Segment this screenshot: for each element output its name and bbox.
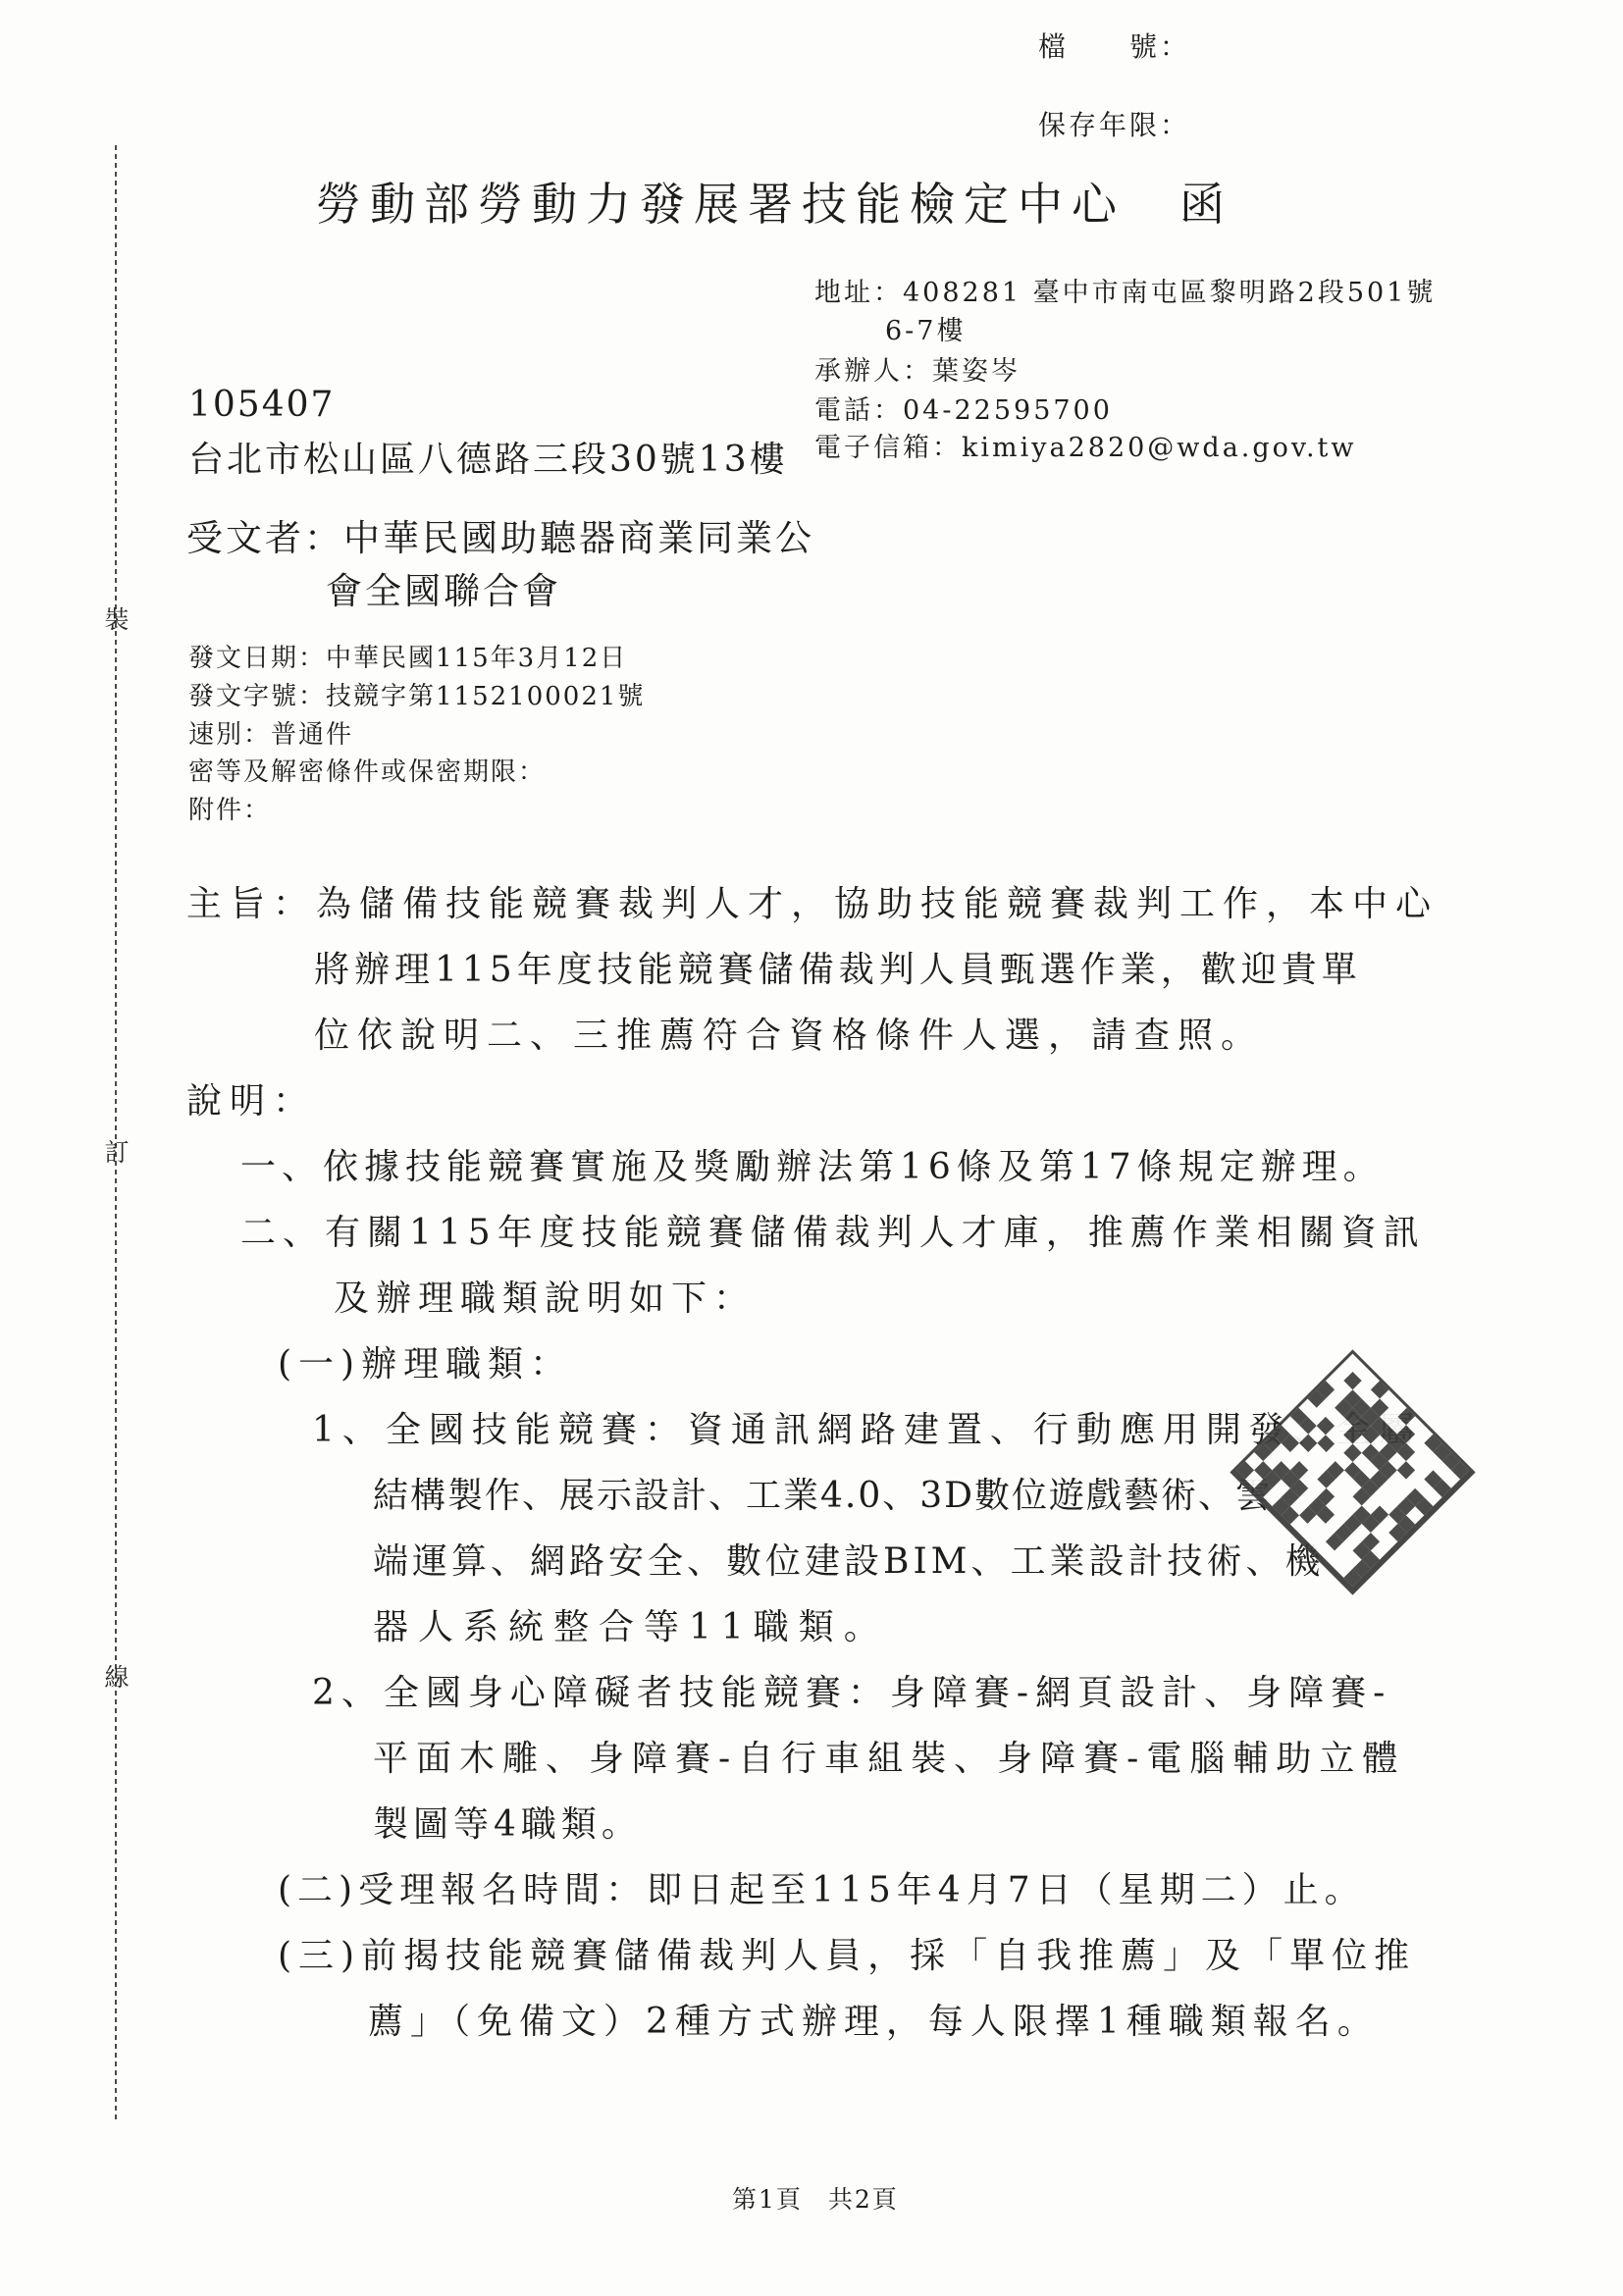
sender-contact-person: 承辦人：葉姿岑: [814, 349, 1021, 388]
binding-mark-ding: 訂: [101, 1133, 132, 1169]
issue-date: 發文日期：中華民國115年3月12日: [188, 638, 627, 674]
binding-mark-xian: 線: [101, 1658, 132, 1694]
security-class: 密等及解密條件或保密期限：: [188, 752, 546, 788]
body-line: 說明：: [186, 1073, 316, 1123]
document-page: 裝 訂 線 檔 號： 保存年限： 勞動部勞動力發展署技能檢定中心 函 地址：40…: [0, 0, 1623, 2296]
sender-address-line2: 6-7樓: [885, 309, 966, 347]
body-line: 端運算、網路安全、數位建設BIM、工業設計技術、機: [373, 1534, 1325, 1584]
body-line: 位依說明二、三推薦符合資格條件人選，請查照。: [314, 1008, 1264, 1058]
body-line: 將辦理115年度技能競賽儲備裁判人員甄選作業，歡迎貴單: [314, 942, 1362, 992]
sender-phone: 電話：04-22595700: [814, 389, 1113, 427]
body-line: 一、依據技能競賽實施及獎勵辦法第16條及第17條規定辦理。: [240, 1139, 1385, 1189]
document-number: 發文字號：技競字第1152100021號: [188, 676, 645, 712]
document-title: 勞動部勞動力發展署技能檢定中心 函: [316, 169, 1233, 234]
binding-mark-zhuang: 裝: [101, 600, 132, 636]
body-line: (一)辦理職類：: [278, 1336, 572, 1386]
retention-period-label: 保存年限：: [1038, 104, 1190, 143]
body-line: 2、全國身心障礙者技能競賽：身障賽-網頁設計、身障賽-: [312, 1665, 1391, 1715]
file-number-label: 檔 號：: [1038, 26, 1190, 65]
sender-email: 電子信箱：kimiya2820@wda.gov.tw: [814, 426, 1357, 464]
speed-class: 速別：普通件: [188, 714, 353, 751]
attachment-label: 附件：: [188, 790, 271, 826]
page-current: 第1頁: [732, 2185, 803, 2214]
body-line: 二、有關115年度技能競賽儲備裁判人才庫，推薦作業相關資訊: [240, 1205, 1426, 1255]
page-total: 共2頁: [828, 2185, 899, 2214]
body-line: 及辦理職類說明如下：: [334, 1271, 756, 1321]
body-line: (三)前揭技能競賽儲備裁判人員，採「自我推薦」及「單位推: [278, 1928, 1416, 1978]
page-footer: 第1頁共2頁: [732, 2180, 899, 2216]
body-line: 器人系統整合等11職類。: [373, 1599, 889, 1649]
body-line: 主旨：為儲備技能競賽裁判人才，協助技能競賽裁判工作，本中心: [186, 876, 1439, 926]
body-line: 平面木雕、身障賽-自行車組裝、身障賽-電腦輔助立體: [373, 1731, 1405, 1781]
body-line: (二)受理報名時間：即日起至115年4月7日（星期二）止。: [278, 1862, 1366, 1912]
sender-address-line1: 地址：408281 臺中市南屯區黎明路2段501號: [814, 271, 1436, 309]
recipient-name-line2: 會全國聯合會: [326, 561, 561, 614]
recipient-name-line1: 受文者：中華民國助聽器商業同業公: [186, 508, 814, 561]
body-line: 薦」（免備文）2種方式辦理，每人限擇1種職類報名。: [368, 1994, 1380, 2044]
body-line: 製圖等4職類。: [373, 1797, 642, 1847]
digital-seal-stamp-grid: [1230, 1349, 1475, 1594]
recipient-street-address: 台北市松山區八德路三段30號13樓: [188, 432, 788, 482]
recipient-postal-code: 105407: [188, 385, 335, 425]
digital-seal-stamp: [1230, 1349, 1475, 1594]
body-line: 結構製作、展示設計、工業4.0、3D數位遊戲藝術、雲: [373, 1468, 1273, 1518]
